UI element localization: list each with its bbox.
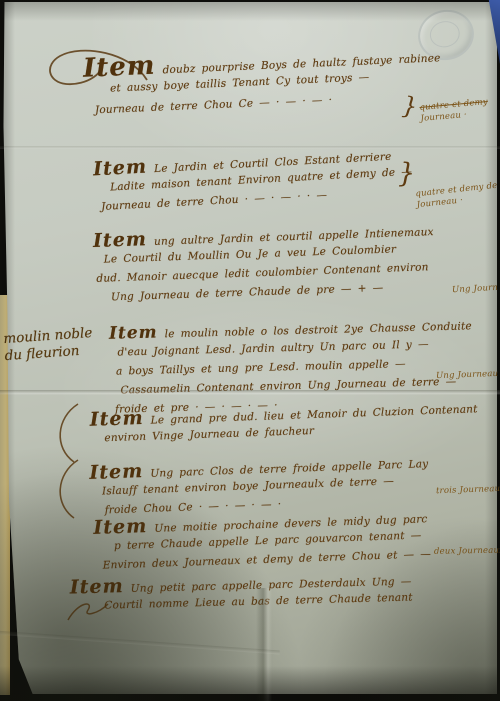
manuscript-entry: Itemung aultre Jardin et courtil appelle…: [93, 220, 436, 308]
item-heading: Item: [109, 322, 158, 343]
margin-note: Ung Journeau: [436, 369, 499, 382]
entry-text-line: environ Vinge Journeau de faucheur: [104, 425, 314, 444]
fold-crease: [0, 146, 500, 149]
margin-note-line: Ung Journeau: [436, 369, 499, 382]
left-margin-note: moulin noble du fleurion: [3, 325, 94, 365]
flourish-icon: [52, 402, 82, 464]
margin-note: deux Journeaux et d: [434, 545, 500, 558]
margin-note: trois Journeaux: [436, 484, 500, 497]
fold-crease: [0, 390, 500, 395]
margin-note-line: trois Journeaux: [436, 484, 500, 497]
item-heading: Item: [70, 575, 124, 598]
manuscript-photo: Itemdoubz pourprise Boys de haultz fusta…: [0, 0, 500, 701]
flourish-icon: [64, 598, 112, 624]
manuscript-entry: ItemUne moitie prochaine devers le midy …: [93, 507, 431, 576]
brace-mark: }: [398, 158, 415, 189]
fold-crease: [256, 588, 272, 701]
flourish-icon: [52, 458, 82, 520]
brace-mark: }: [401, 91, 419, 120]
margin-note-line: deux Journeaux et d: [434, 545, 500, 558]
